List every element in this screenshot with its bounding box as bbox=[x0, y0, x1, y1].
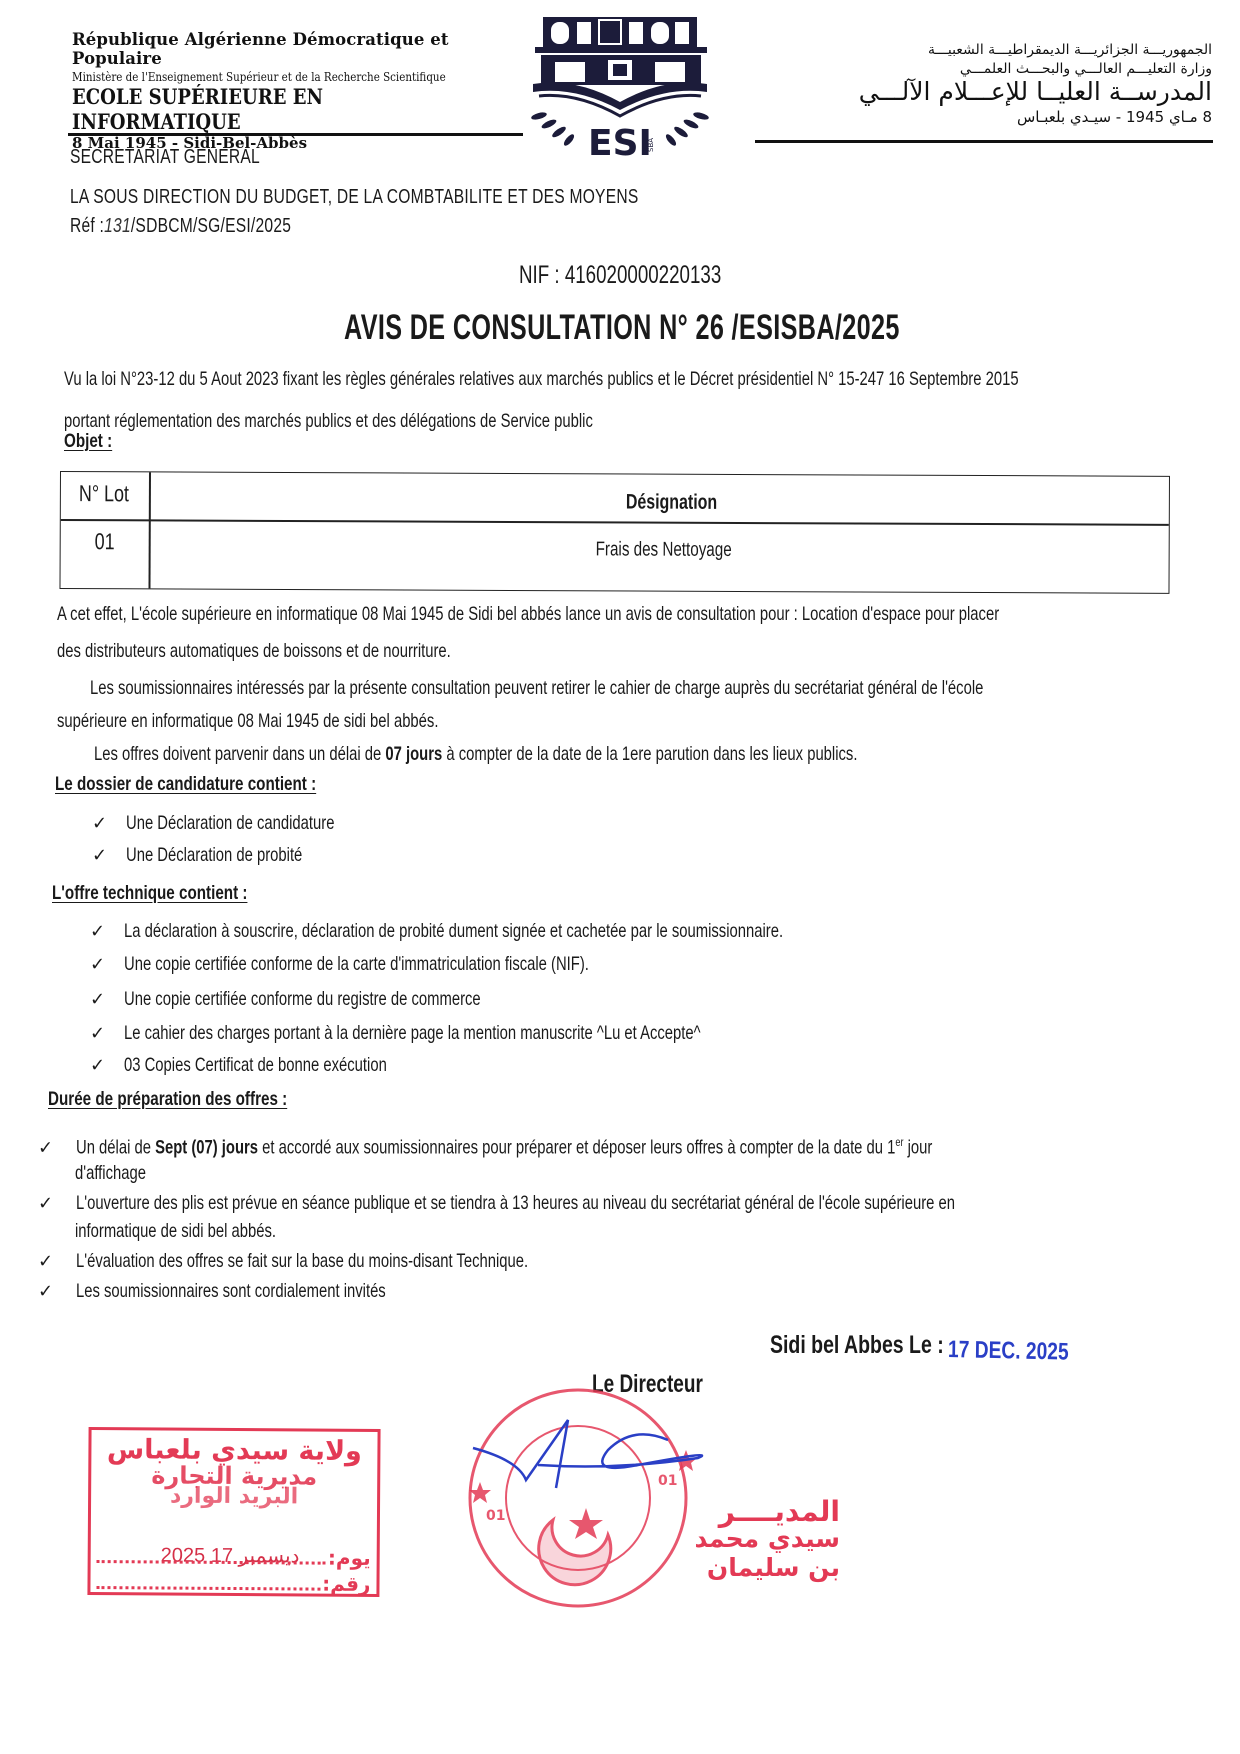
duree-item: ✓ L'évaluation des offres se fait sur la… bbox=[38, 1250, 670, 1273]
table-cell-lot: 01 bbox=[95, 528, 115, 555]
paragraph-1-line-1: A cet effet, L'école supérieure en infor… bbox=[57, 603, 999, 626]
dossier-item: ✓ Une Déclaration de probité bbox=[92, 844, 358, 867]
republic-name-ar: الجمهوريـــة الجزائريـــة الديمقراطيـــة… bbox=[772, 42, 1212, 58]
place-label: Sidi bel Abbes Le : bbox=[770, 1331, 944, 1360]
offre-item: ✓ Une copie certifiée conforme de la car… bbox=[90, 953, 735, 976]
school-building-book-logo: ESI SBA bbox=[525, 12, 715, 162]
duree-heading: Durée de préparation des offres : bbox=[48, 1088, 287, 1111]
offre-item: ✓ Une copie certifiée conforme du regist… bbox=[90, 988, 593, 1011]
director-arabic-stamp: المديــــر سيدي محمد بن سليمان bbox=[690, 1495, 840, 1582]
paragraph-2-line-2: supérieure en informatique 08 Mai 1945 d… bbox=[57, 710, 438, 733]
nif-number: NIF : 416020000220133 bbox=[519, 261, 721, 290]
ministry-name-ar: وزارة التعليـــم العالـــي والبحـــث الع… bbox=[772, 61, 1212, 77]
table-header-designation: Désignation bbox=[626, 490, 717, 514]
header-divider-left bbox=[68, 133, 523, 136]
paragraph-2-line-1: Les soumissionnaires intéressés par la p… bbox=[90, 677, 983, 700]
header-arabic-block: الجمهوريـــة الجزائريـــة الديمقراطيـــة… bbox=[772, 42, 1212, 126]
school-name-fr: ECOLE SUPÉRIEURE EN INFORMATIQUE bbox=[72, 84, 468, 134]
document-title: AVIS DE CONSULTATION N° 26 /ESISBA/2025 bbox=[344, 308, 900, 348]
table-column-divider bbox=[148, 472, 150, 588]
dossier-item: ✓ Une Déclaration de candidature bbox=[92, 812, 400, 835]
checkmark-icon: ✓ bbox=[38, 1138, 53, 1159]
checkmark-icon: ✓ bbox=[92, 845, 107, 866]
checkmark-icon: ✓ bbox=[90, 921, 105, 942]
objet-label: Objet : bbox=[64, 430, 112, 453]
official-round-seal: 01 01 bbox=[458, 1370, 718, 1620]
checkmark-icon: ✓ bbox=[90, 954, 105, 975]
offre-item: ✓ 03 Copies Certificat de bonne exécutio… bbox=[90, 1054, 469, 1077]
table-cell-designation: Frais des Nettoyage bbox=[596, 538, 732, 562]
checkmark-icon: ✓ bbox=[90, 1023, 105, 1044]
checkmark-icon: ✓ bbox=[38, 1281, 53, 1302]
checkmark-icon: ✓ bbox=[90, 989, 105, 1010]
preamble-line-1: Vu la loi N°23-12 du 5 Aout 2023 fixant … bbox=[64, 368, 1019, 391]
offre-item: ✓ Le cahier des charges portant à la der… bbox=[90, 1022, 882, 1045]
director-name-ar: سيدي محمد بن سليمان bbox=[690, 1524, 840, 1582]
school-name-ar: المدرســة العليــا للإعـــلام الآلـــي bbox=[772, 77, 1212, 107]
lot-table: N° Lot Désignation 01 Frais des Nettoyag… bbox=[59, 471, 1170, 594]
republic-name-fr: République Algérienne Démocratique et Po… bbox=[72, 30, 532, 68]
ministry-name-fr: Ministère de l'Enseignement Supérieur et… bbox=[72, 70, 468, 84]
checkmark-icon: ✓ bbox=[90, 1055, 105, 1076]
svg-text:ESI: ESI bbox=[588, 123, 652, 162]
preamble-line-2: portant réglementation des marchés publi… bbox=[64, 410, 593, 433]
duree-item: ✓ L'ouverture des plis est prévue en séa… bbox=[38, 1192, 1232, 1215]
deadline-days: 07 jours bbox=[385, 743, 442, 765]
checkmark-icon: ✓ bbox=[92, 813, 107, 834]
duree-item-2-line-2: informatique de sidi bel abbés. bbox=[75, 1220, 276, 1243]
date-stamp: 17 DEC. 2025 bbox=[948, 1336, 1069, 1367]
handwritten-ref-number: 131 bbox=[104, 215, 131, 237]
offre-technique-heading: L'offre technique contient : bbox=[52, 882, 247, 905]
office-subdirection: LA SOUS DIRECTION DU BUDGET, DE LA COMBT… bbox=[70, 186, 638, 209]
stamp-mail-label: البريد الوارد bbox=[91, 1483, 377, 1510]
duree-item-1-line-2: d'affichage bbox=[75, 1162, 146, 1185]
duree-item: ✓ Un délai de Sept (07) jours et accordé… bbox=[38, 1135, 1202, 1160]
header-divider-right bbox=[755, 140, 1213, 143]
paragraph-3: Les offres doivent parvenir dans un déla… bbox=[94, 743, 857, 766]
reception-stamp: ولاية سيدي بلعباس مديرية التجارة البريد … bbox=[87, 1427, 380, 1597]
paragraph-1-line-2: des distributeurs automatiques de boisso… bbox=[57, 640, 451, 663]
dossier-heading: Le dossier de candidature contient : bbox=[55, 773, 316, 796]
duree-item: ✓ Les soumissionnaires sont cordialement… bbox=[38, 1280, 483, 1303]
svg-text:01: 01 bbox=[486, 1508, 505, 1524]
stamp-number-row: رقم: bbox=[96, 1568, 370, 1596]
table-header-lot: N° Lot bbox=[79, 480, 129, 507]
office-secretariat: SECRETARIAT GENERAL bbox=[70, 146, 260, 169]
svg-text:SBA: SBA bbox=[647, 138, 655, 152]
table-row-divider bbox=[61, 519, 1169, 525]
svg-text:01: 01 bbox=[658, 1473, 677, 1489]
checkmark-icon: ✓ bbox=[38, 1251, 53, 1272]
offre-item: ✓ La déclaration à souscrire, déclaratio… bbox=[90, 920, 991, 943]
checkmark-icon: ✓ bbox=[38, 1193, 53, 1214]
preparation-days: Sept (07) jours bbox=[155, 1137, 258, 1159]
reference-number: Réf :131/SDBCM/SG/ESI/2025 bbox=[70, 215, 291, 238]
school-location-ar: 8 مـاي 1945 - سيـدي بلعبـاس bbox=[772, 108, 1212, 126]
stamp-day-row: يوم: bbox=[97, 1542, 371, 1570]
